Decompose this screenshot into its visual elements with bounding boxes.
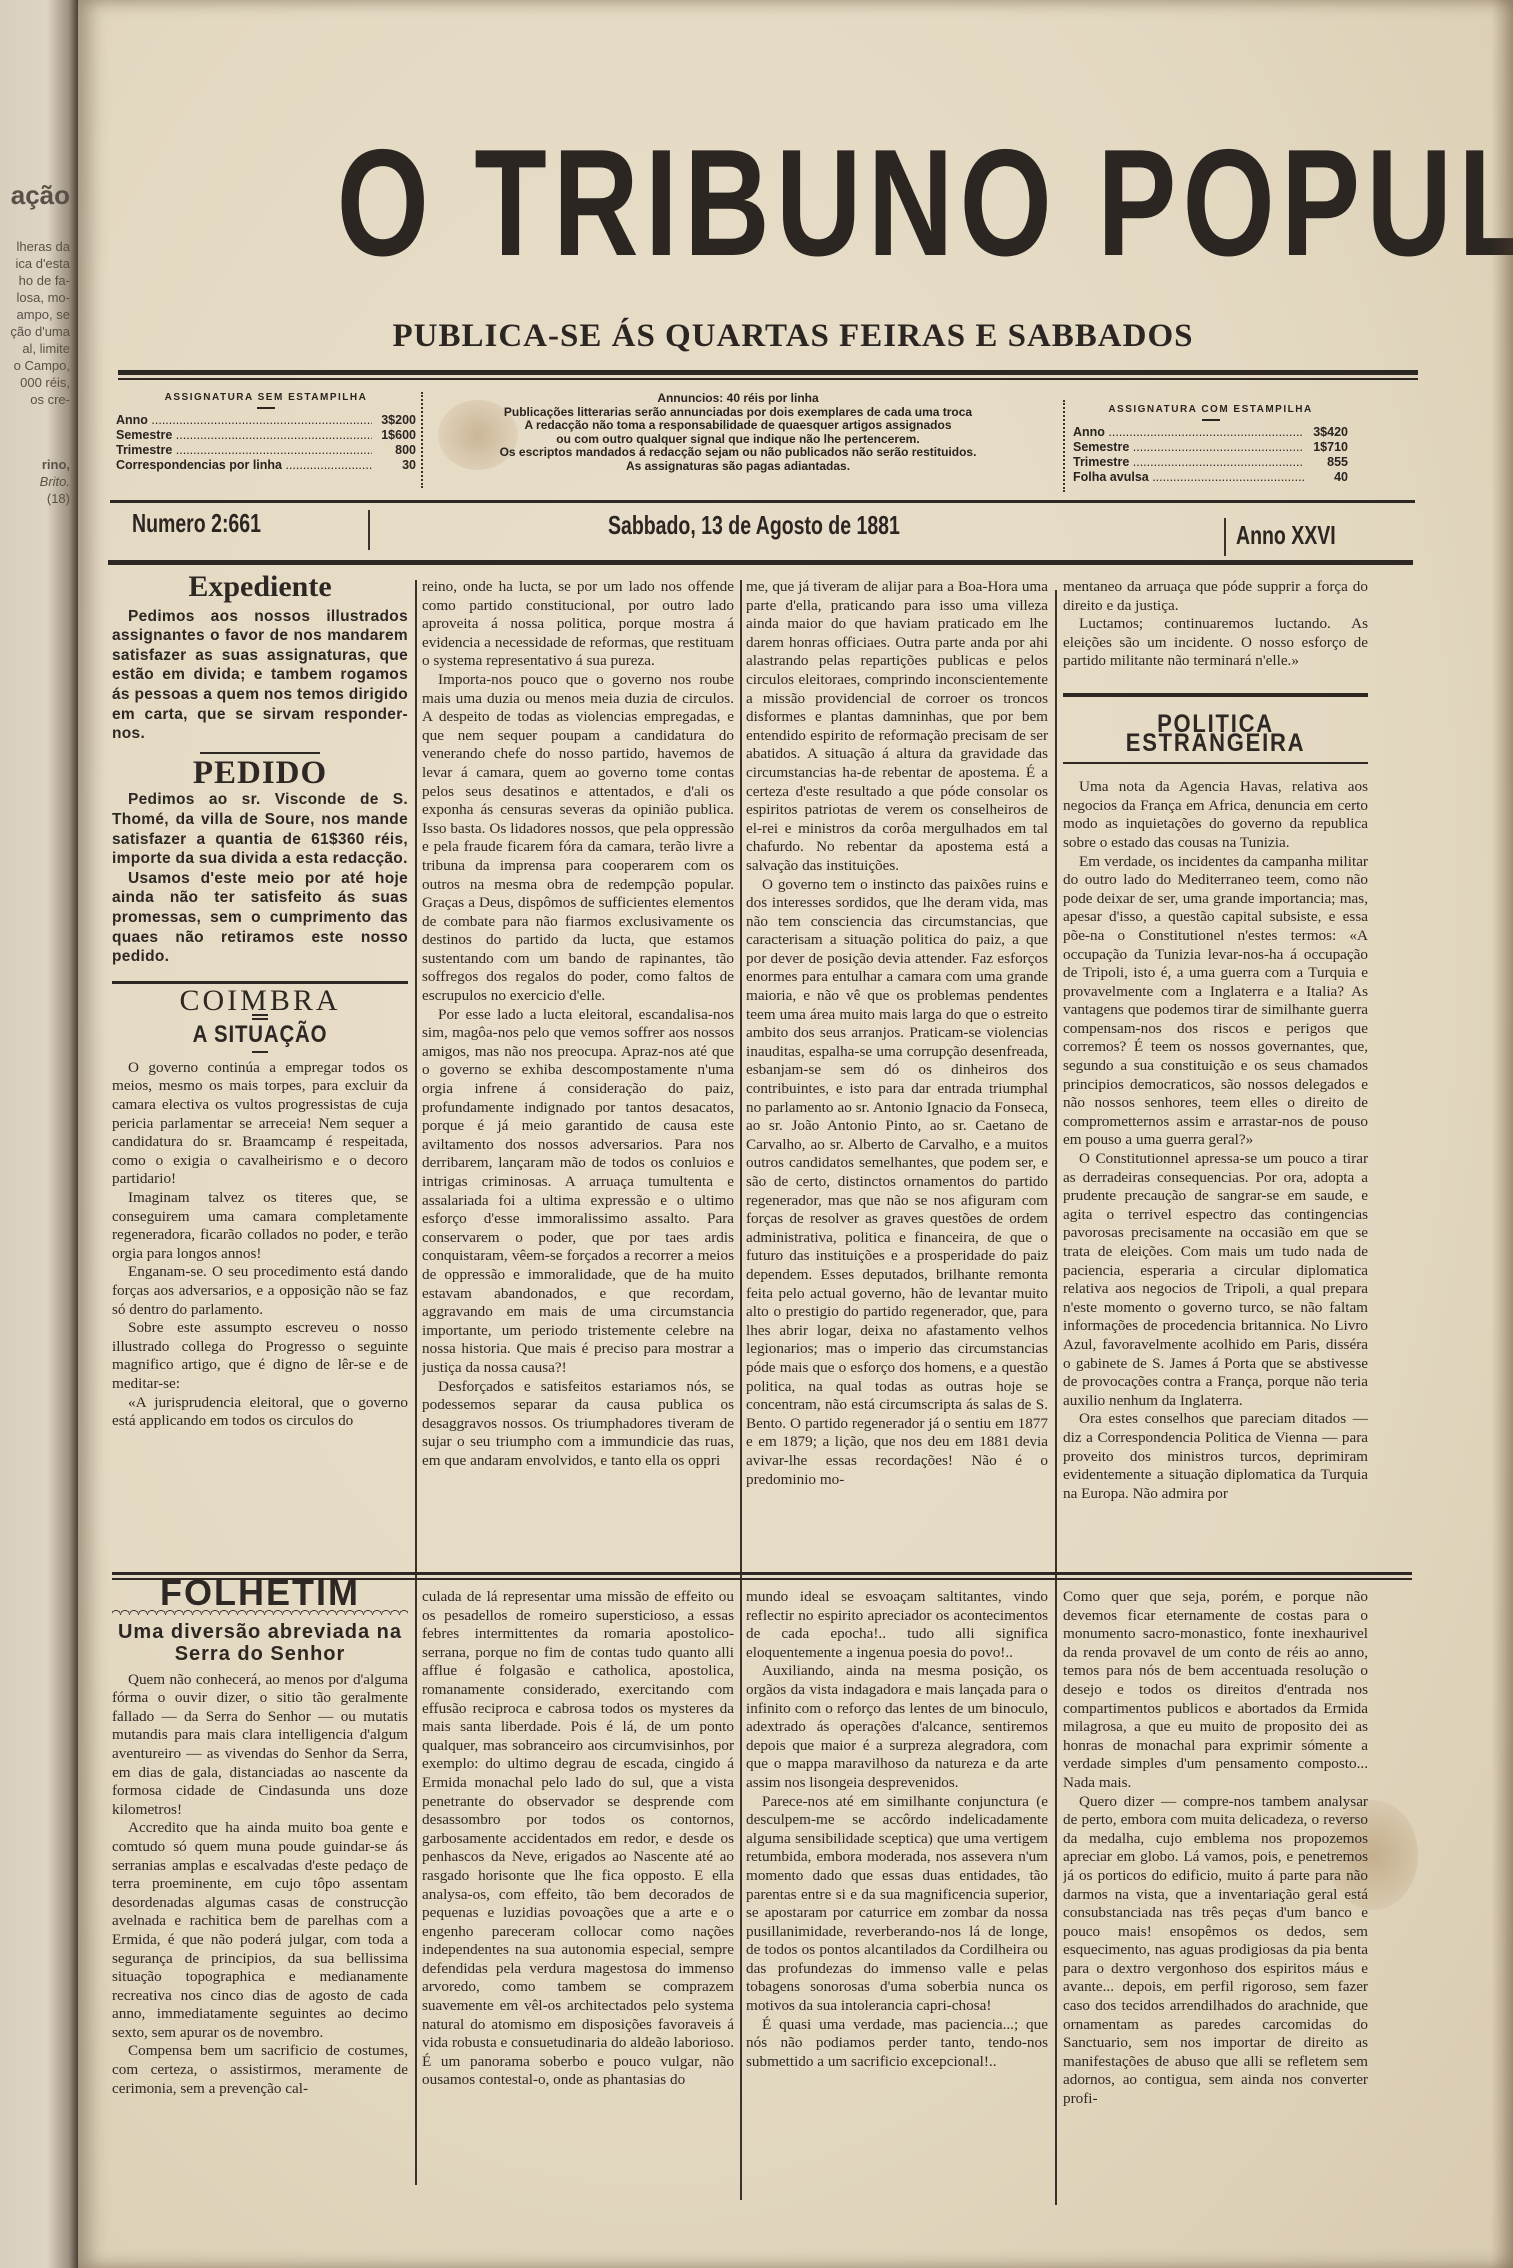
article-paragraph: Luctamos; continuaremos luctando. As ele… — [1063, 615, 1368, 671]
article-paragraph: Em verdade, os incidentes da campanha mi… — [1063, 853, 1368, 1151]
publication-notice: Annuncios: 40 réis por linha Publicações… — [433, 392, 1043, 473]
folhetim-paragraph: Quero dizer — compre-nos tambem analysar… — [1063, 1793, 1368, 2109]
expediente-text: Pedimos aos nossos illustrados assignant… — [112, 607, 408, 744]
wavy-divider — [421, 392, 427, 488]
price-row: Semestre1$600 — [116, 428, 416, 443]
article-paragraph: Importa-nos pouco que o governo nos roub… — [422, 671, 734, 1006]
divider — [257, 407, 275, 409]
subscription-header: ASSIGNATURA COM ESTAMPILHA — [1073, 402, 1348, 417]
folhetim-column-2: culada de lá representar uma missão de e… — [422, 1588, 734, 2198]
folhetim-subtitle: Uma diversão abreviada na Serra do Senho… — [112, 1621, 408, 1665]
article-paragraph: mentaneo da arruaça que póde supprir a f… — [1063, 578, 1368, 615]
pedido-text: Pedimos ao sr. Visconde de S. Thomé, da … — [112, 790, 408, 868]
issue-date: Sabbado, 13 de Agosto de 1881 — [608, 510, 900, 541]
folhetim-paragraph: É quasi uma verdade, mas paciencia...; q… — [746, 2016, 1048, 2072]
article-paragraph: «A jurisprudencia eleitoral, que o gover… — [112, 1394, 408, 1431]
masthead-subtitle: PUBLICA-SE ÁS QUARTAS FEIRAS E SABBADOS — [278, 318, 1308, 355]
divider — [368, 510, 370, 550]
price-row: Anno3$200 — [116, 413, 416, 428]
price-row: Semestre1$710 — [1073, 440, 1348, 455]
folhetim-paragraph: Auxiliando, ainda na mesma posição, os o… — [746, 1662, 1048, 1792]
subscription-with-stamp: ASSIGNATURA COM ESTAMPILHA Anno3$420 Sem… — [1073, 402, 1348, 485]
divider — [1202, 419, 1220, 421]
column-divider — [415, 580, 417, 2185]
page-edge — [1491, 0, 1513, 2268]
column-2: reino, onde ha lucta, se por um lado nos… — [422, 578, 734, 1563]
column-divider — [1055, 590, 1057, 2205]
subscription-without-stamp: ASSIGNATURA SEM ESTAMPILHA Anno3$200 Sem… — [116, 390, 416, 473]
divider — [200, 752, 320, 754]
article-paragraph: Uma nota da Agencia Havas, relativa aos … — [1063, 778, 1368, 852]
folhetim-column-3: mundo ideal se esvoaçam saltitantes, vin… — [746, 1588, 1048, 2198]
price-row: Trimestre800 — [116, 443, 416, 458]
section-rule — [1063, 693, 1368, 697]
issue-year: Anno XXVI — [1236, 520, 1336, 551]
politica-estrangeira-heading: POLITICA ESTRANGEIRA — [1081, 715, 1349, 752]
folhetim-paragraph: Accredito que ha ainda muito boa gente e… — [112, 1819, 408, 2042]
folhetim-paragraph: Parece-nos até em similhante conjunctura… — [746, 1793, 1048, 2016]
folhetim-paragraph: Como quer que seja, porém, e porque não … — [1063, 1588, 1368, 1793]
price-row: Trimestre855 — [1073, 455, 1348, 470]
situacao-heading: A SITUAÇÃO — [134, 1026, 386, 1045]
masthead-rule-thin — [118, 378, 1418, 380]
issue-number: Numero 2:661 — [132, 508, 261, 539]
price-row: Folha avulsa40 — [1073, 470, 1348, 485]
price-row: Correspondencias por linha30 — [116, 458, 416, 473]
article-paragraph: reino, onde ha lucta, se por um lado nos… — [422, 578, 734, 671]
article-paragraph: O Constitutionnel apressa-se um pouco a … — [1063, 1150, 1368, 1410]
folhetim-paragraph: mundo ideal se esvoaçam saltitantes, vin… — [746, 1588, 1048, 1662]
adjacent-page-text: ação lheras da ica d'esta ho de fa- losa… — [0, 180, 70, 507]
article-paragraph: Enganam-se. O seu procedimento está dand… — [112, 1263, 408, 1319]
column-3: me, que já tiveram de alijar para a Boa-… — [746, 578, 1048, 1563]
article-paragraph: Por esse lado a lucta eleitoral, escanda… — [422, 1006, 734, 1378]
folhetim-paragraph: Compensa bem um sacrificio de costumes, … — [112, 2042, 408, 2098]
masthead-title: O TRIBUNO POPULAR — [337, 118, 1250, 288]
divider — [252, 1051, 268, 1053]
masthead-rule — [118, 370, 1418, 375]
dateline-bottom-rule — [108, 560, 1413, 565]
article-paragraph: Imaginam talvez os titeres que, se conse… — [112, 1189, 408, 1263]
wavy-divider — [1063, 400, 1069, 492]
article-paragraph: O governo tem o instincto das paixões ru… — [746, 876, 1048, 1490]
divider — [1224, 518, 1226, 556]
column-1: Expediente Pedimos aos nossos illustrado… — [112, 574, 408, 1431]
folhetim-column-4: Como quer que seja, porém, e porque não … — [1063, 1588, 1368, 2198]
subscription-header: ASSIGNATURA SEM ESTAMPILHA — [116, 390, 416, 405]
price-row: Anno3$420 — [1073, 425, 1348, 440]
article-paragraph: Sobre este assumpto escreveu o nosso ill… — [112, 1319, 408, 1393]
column-divider — [740, 580, 742, 2200]
folhetim-paragraph: Quem não conhecerá, ao menos por d'algum… — [112, 1671, 408, 1820]
article-paragraph: Desforçados e satisfeitos estariamos nós… — [422, 1378, 734, 1471]
adjacent-page-strip: ação lheras da ica d'esta ho de fa- losa… — [0, 0, 78, 2268]
folhetim-paragraph: culada de lá representar uma missão de e… — [422, 1588, 734, 2090]
folhetim-column-1: FOLHETIM Uma diversão abreviada na Serra… — [112, 1584, 408, 2098]
pedido-text: Usamos d'este meio por até hoje ainda nã… — [112, 869, 408, 967]
folhetim-heading: FOLHETIM — [112, 1584, 408, 1603]
column-4: mentaneo da arruaça que póde supprir a f… — [1063, 578, 1368, 1563]
coimbra-heading: COIMBRA — [112, 992, 408, 1011]
article-paragraph: Ora estes conselhos que pareciam ditados… — [1063, 1410, 1368, 1503]
pedido-heading: PEDIDO — [112, 764, 408, 783]
expediente-heading: Expediente — [112, 578, 408, 597]
article-paragraph: O governo continúa a empregar todos os m… — [112, 1059, 408, 1189]
newspaper-page: O TRIBUNO POPULAR PUBLICA-SE ÁS QUARTAS … — [78, 0, 1513, 2268]
dateline-top-rule — [110, 500, 1415, 503]
section-rule — [1063, 762, 1368, 764]
article-paragraph: me, que já tiveram de alijar para a Boa-… — [746, 578, 1048, 876]
